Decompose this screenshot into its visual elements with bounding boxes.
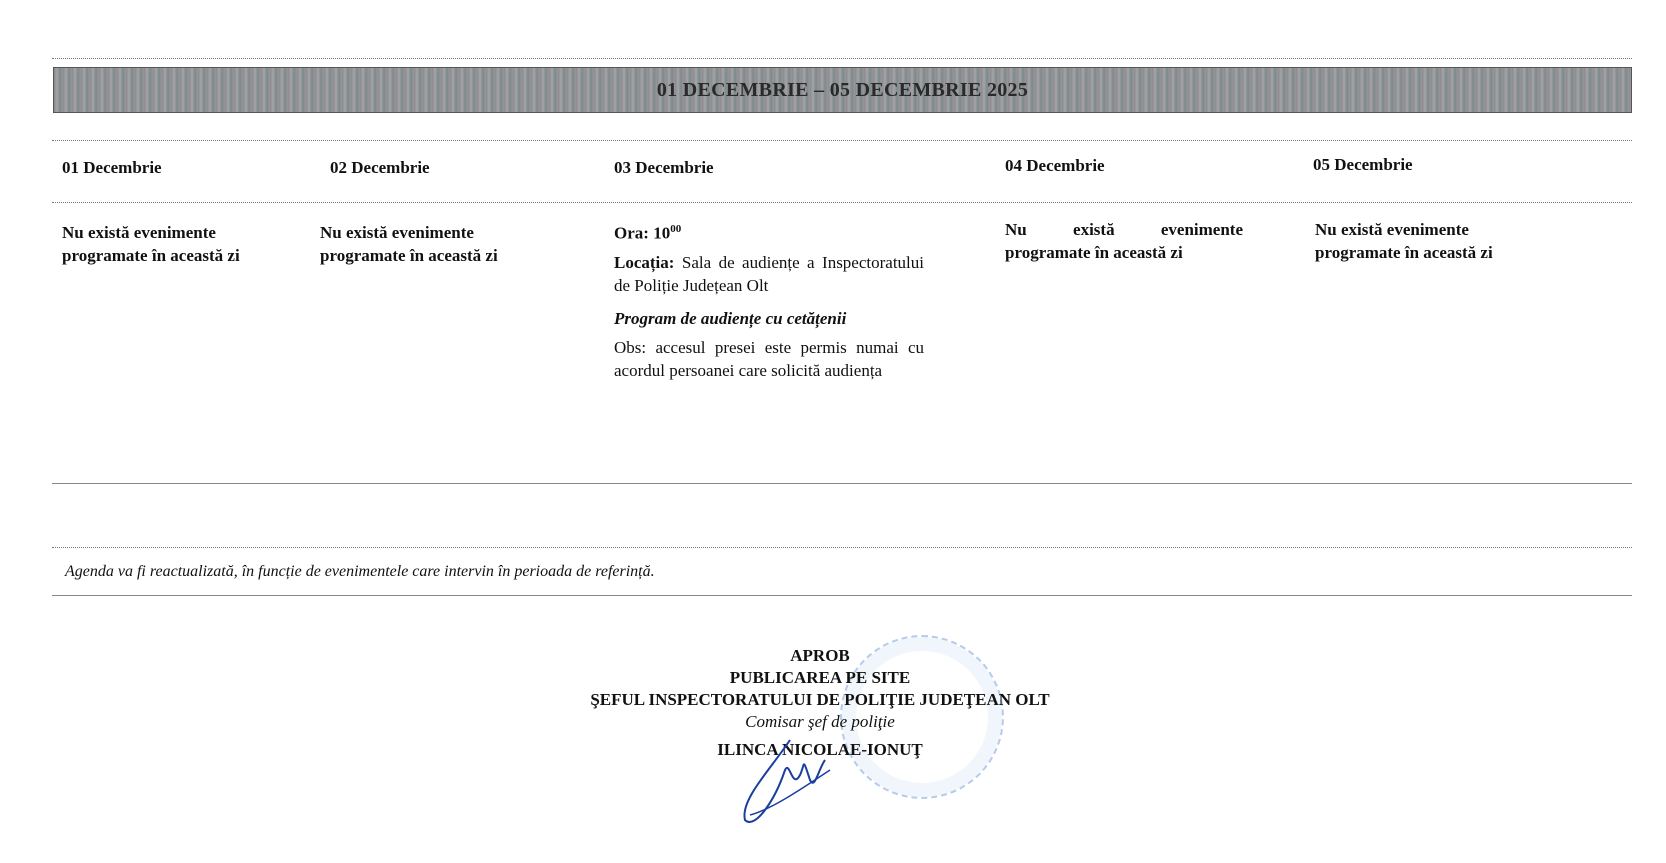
day-header-3: 03 Decembrie [614, 158, 714, 178]
day-header-4: 04 Decembrie [1005, 156, 1105, 176]
approval-line-2: PUBLICAREA PE SITE [560, 667, 1080, 689]
signature-icon [730, 720, 860, 830]
header-bottom-rule [52, 202, 1632, 203]
footer-note: Agenda va fi reactualizată, în funcție d… [65, 563, 655, 581]
day-header-5: 05 Decembrie [1313, 155, 1413, 175]
event-note: Obs: accesul presei este permis numai cu… [614, 336, 924, 382]
day-5-content: Nu există evenimente programate în aceas… [1315, 218, 1555, 264]
day-header-2: 02 Decembrie [330, 158, 430, 178]
approval-line-3: ŞEFUL INSPECTORATULUI DE POLIŢIE JUDEŢEA… [560, 689, 1080, 711]
table-bottom-rule [52, 483, 1632, 484]
day-3-event: Ora: 1000 Locația: Sala de audiențe a In… [614, 218, 924, 382]
top-rule [52, 58, 1632, 59]
day-2-content: Nu există evenimente programate în aceas… [320, 221, 540, 267]
week-banner: 01 DECEMBRIE – 05 DECEMBRIE 2025 [53, 67, 1632, 113]
note-top-rule [52, 547, 1632, 548]
day-4-content: Nu există evenimente programate în aceas… [1005, 218, 1243, 264]
approval-line-1: APROB [560, 645, 1080, 667]
day-header-1: 01 Decembrie [62, 158, 162, 178]
event-time: Ora: 1000 [614, 218, 924, 245]
day-1-content: Nu există evenimente programate în aceas… [62, 221, 282, 267]
header-top-rule [52, 140, 1632, 141]
note-bottom-rule [52, 595, 1632, 596]
event-title: Program de audiențe cu cetățenii [614, 307, 924, 330]
event-location: Locația: Sala de audiențe a Inspectoratu… [614, 251, 924, 297]
week-title: 01 DECEMBRIE – 05 DECEMBRIE 2025 [657, 79, 1028, 102]
